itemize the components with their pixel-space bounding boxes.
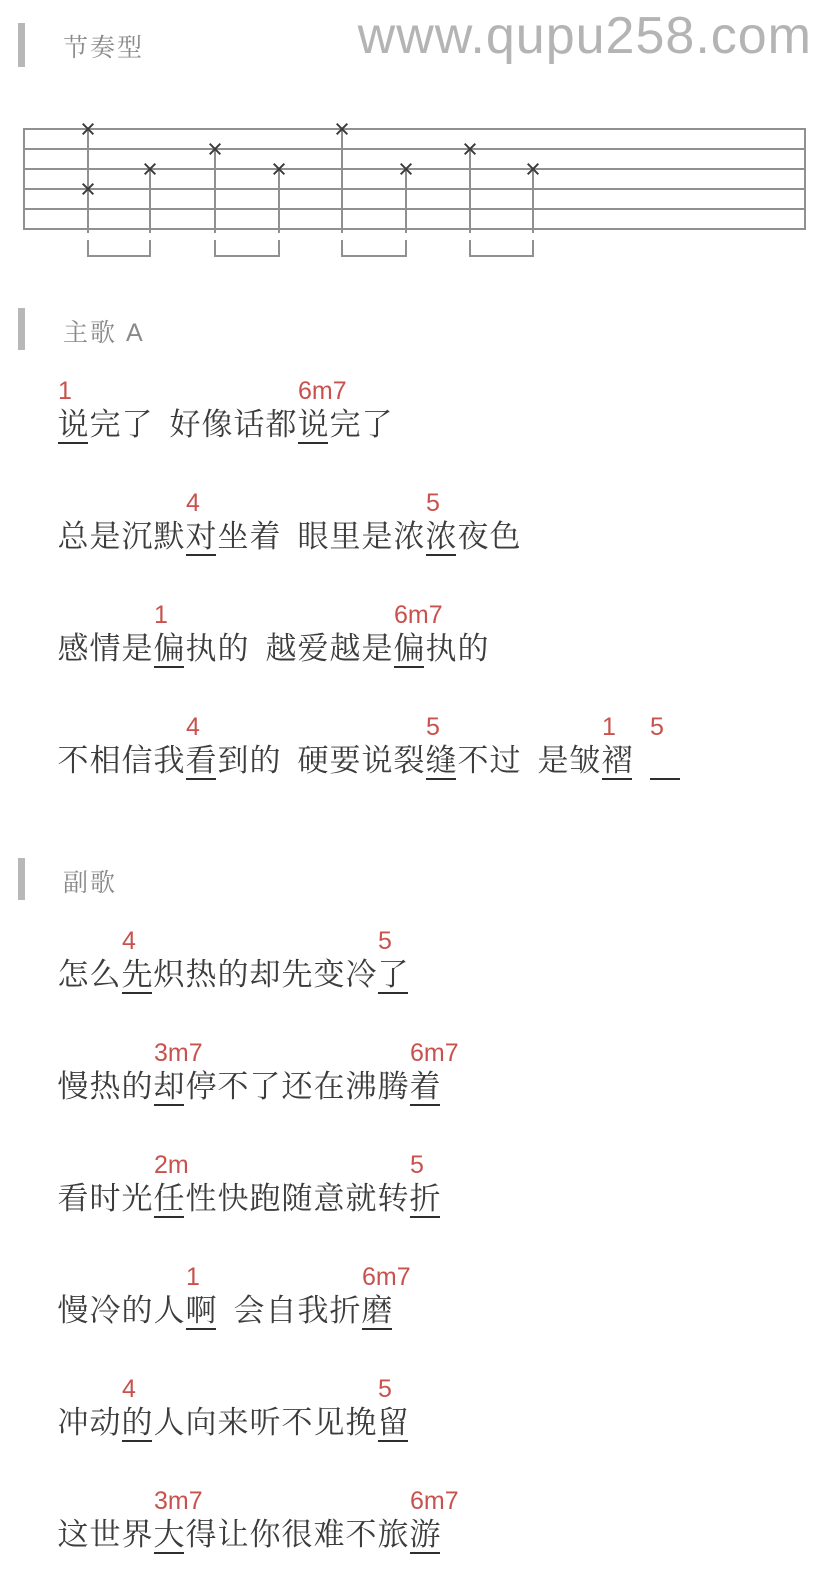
lyric-char: 界: [121, 1518, 153, 1552]
lyric-char: 旅: [377, 1518, 409, 1552]
lyric-char: 不: [217, 1070, 249, 1104]
muted-note-x-icon: ×: [204, 137, 226, 161]
lyric-char: 先: [281, 958, 313, 992]
lyric-char: 了: [361, 408, 393, 442]
chord-label: 6m7: [298, 378, 347, 404]
lyric-char: 是: [537, 744, 569, 778]
staff-border-line: [23, 128, 25, 230]
underline-mark: [394, 666, 424, 668]
staff-string-line: [23, 148, 806, 150]
rhythm-section-bar: [18, 23, 25, 67]
underline-mark: [186, 778, 216, 780]
underline-mark: [58, 442, 88, 444]
muted-note-x-icon: ×: [268, 157, 290, 181]
underline-mark: [122, 1440, 152, 1442]
lyric-char: 越: [265, 632, 297, 666]
lyric-char: 时: [89, 1182, 121, 1216]
chord-label: 5: [378, 928, 392, 954]
chord-label: 5: [426, 714, 440, 740]
staff-string-line: [23, 128, 806, 130]
lyric-char: 眼: [297, 520, 329, 554]
lyric-char: 听: [249, 1406, 281, 1440]
lyric-char: 热: [185, 958, 217, 992]
lyric-char: 人: [153, 1294, 185, 1328]
lyric-char: 很: [281, 1518, 313, 1552]
lyric-char: 缝: [425, 744, 457, 778]
lyric-char: 跑: [249, 1182, 281, 1216]
lyric-char: 性: [185, 1182, 217, 1216]
lyric-char: 像: [201, 408, 233, 442]
lyric-char: 硬: [297, 744, 329, 778]
underline-mark: [154, 1216, 184, 1218]
chord-label: 4: [122, 1376, 136, 1402]
lyric-char: 停: [185, 1070, 217, 1104]
lyric-char: 快: [217, 1182, 249, 1216]
lyric-char: 来: [217, 1406, 249, 1440]
rhythm-tab-staff: ×××××××××: [23, 128, 806, 230]
lyric-char: 世: [89, 1518, 121, 1552]
lyric-char: 大: [153, 1518, 185, 1552]
lyric-char: 到: [217, 744, 249, 778]
lyric-char: 还: [281, 1070, 313, 1104]
chord-label: 1: [154, 602, 168, 628]
lyric-char: 得: [185, 1518, 217, 1552]
lyric-char: 的: [121, 1070, 153, 1104]
eighth-note-beam-bracket: [341, 240, 407, 257]
lyric-char: 着: [409, 1070, 441, 1104]
lyric-char: 了: [121, 408, 153, 442]
lyric-char: 浓: [425, 520, 457, 554]
lyric-char: 不: [457, 744, 489, 778]
lyric-char: 是: [361, 520, 393, 554]
lyric-char: 磨: [361, 1294, 393, 1328]
chord-label: 2m: [154, 1152, 189, 1178]
lyric-char: 话: [233, 408, 265, 442]
chord-label: 3m7: [154, 1040, 203, 1066]
lyric-char: 的: [121, 1294, 153, 1328]
lyric-char: 对: [185, 520, 217, 554]
staff-string-line: [23, 208, 806, 210]
site-watermark: www.qupu258.com: [358, 6, 812, 66]
lyric-char: 不: [57, 744, 89, 778]
underline-mark: [426, 554, 456, 556]
rhythm-section-label: 节奏型: [63, 28, 144, 64]
lyric-char: 是: [121, 632, 153, 666]
lyric-char: 就: [345, 1182, 377, 1216]
lyric-char: 挽: [345, 1406, 377, 1440]
lyric-char: 过: [489, 744, 521, 778]
lyric-char: 冲: [57, 1406, 89, 1440]
verse-section-label: 主歌 A: [63, 313, 145, 349]
lyric-char: 这: [57, 1518, 89, 1552]
lyric-char: 的: [217, 632, 249, 666]
lyric-char: 感: [57, 632, 89, 666]
chord-label: 1: [186, 1264, 200, 1290]
chord-label: 6m7: [410, 1488, 459, 1514]
chord-label: 4: [186, 714, 200, 740]
lyric-char: 你: [249, 1518, 281, 1552]
chord-label: 5: [426, 490, 440, 516]
lyric-char: 说: [57, 408, 89, 442]
lyric-char: 坐: [217, 520, 249, 554]
underline-mark: [186, 554, 216, 556]
lyric-char: 变: [313, 958, 345, 992]
lyric-char: 看: [57, 1182, 89, 1216]
lyric-char: 自: [265, 1294, 297, 1328]
verse-section-bar: [18, 308, 25, 350]
lyric-char: 的: [217, 958, 249, 992]
lyric-char: 我: [297, 1294, 329, 1328]
lyric-char: 好: [169, 408, 201, 442]
lyric-char: 不: [345, 1518, 377, 1552]
eighth-note-beam-bracket: [87, 240, 151, 257]
underline-mark: [426, 778, 456, 780]
staff-string-line: [23, 228, 806, 230]
underline-mark: [410, 1104, 440, 1106]
muted-note-x-icon: ×: [395, 157, 417, 181]
lyric-char: 却: [249, 958, 281, 992]
chord-label: 5: [650, 714, 664, 740]
underline-mark: [410, 1552, 440, 1554]
lyric-char: 会: [233, 1294, 265, 1328]
lyric-char: 冷: [89, 1294, 121, 1328]
underline-mark: [378, 1440, 408, 1442]
lyric-char: 里: [329, 520, 361, 554]
lyric-char: 总: [57, 520, 89, 554]
muted-note-x-icon: ×: [77, 117, 99, 141]
lyric-char: 都: [265, 408, 297, 442]
lyric-char: 冷: [345, 958, 377, 992]
lyric-char: 爱: [297, 632, 329, 666]
lyric-char: 让: [217, 1518, 249, 1552]
lyric-char: 浓: [393, 520, 425, 554]
lyric-char: 说: [297, 408, 329, 442]
lyric-char: 完: [89, 408, 121, 442]
underline-mark: [154, 1104, 184, 1106]
lyric-char: 热: [89, 1070, 121, 1104]
lyric-char: 意: [313, 1182, 345, 1216]
lyric-char: 么: [89, 958, 121, 992]
lyric-char: 向: [185, 1406, 217, 1440]
eighth-note-beam-bracket: [469, 240, 534, 257]
lyric-char: 啊: [185, 1294, 217, 1328]
lyric-char: 沸: [345, 1070, 377, 1104]
lyric-char: 夜: [457, 520, 489, 554]
muted-note-x-icon: ×: [139, 157, 161, 181]
lyric-char: 是: [89, 520, 121, 554]
underline-mark: [122, 992, 152, 994]
lyric-char: 炽: [153, 958, 185, 992]
lyric-char: 任: [153, 1182, 185, 1216]
chord-label: 1: [58, 378, 72, 404]
muted-note-x-icon: ×: [459, 137, 481, 161]
lyric-char: 情: [89, 632, 121, 666]
lyric-char: 我: [153, 744, 185, 778]
lyric-char: 的: [457, 632, 489, 666]
lyric-char: 却: [153, 1070, 185, 1104]
lyric-char: 相: [89, 744, 121, 778]
underline-mark: [362, 1328, 392, 1330]
lyric-char: 执: [185, 632, 217, 666]
lyric-char: 慢: [57, 1294, 89, 1328]
chorus-section-label: 副歌: [63, 863, 117, 899]
lyric-char: 是: [361, 632, 393, 666]
staff-string-line: [23, 188, 806, 190]
chord-label: 3m7: [154, 1488, 203, 1514]
lyric-char: 的: [121, 1406, 153, 1440]
lyric-char: 偏: [153, 632, 185, 666]
lyric-char: 了: [249, 1070, 281, 1104]
underline-mark: [154, 1552, 184, 1554]
lyric-char: 着: [249, 520, 281, 554]
lyric-char: 不: [281, 1406, 313, 1440]
lyric-char: 皱: [569, 744, 601, 778]
lyric-char: 人: [153, 1406, 185, 1440]
lyric-char: 色: [489, 520, 521, 554]
underline-mark: [650, 778, 680, 780]
lyric-char: 看: [185, 744, 217, 778]
chord-label: 6m7: [394, 602, 443, 628]
staff-border-line: [804, 128, 806, 230]
chord-label: 5: [410, 1152, 424, 1178]
lyric-char: 折: [329, 1294, 361, 1328]
chord-label: 1: [602, 714, 616, 740]
chord-label: 5: [378, 1376, 392, 1402]
lyric-char: 留: [377, 1406, 409, 1440]
lyric-char: 怎: [57, 958, 89, 992]
lyric-char: 随: [281, 1182, 313, 1216]
lyric-char: 见: [313, 1406, 345, 1440]
underline-mark: [378, 992, 408, 994]
note-stem: [341, 129, 343, 233]
lyric-char: 光: [121, 1182, 153, 1216]
chorus-section-bar: [18, 858, 25, 900]
lyric-char: 越: [329, 632, 361, 666]
muted-note-x-icon: ×: [522, 157, 544, 181]
chord-label: 4: [186, 490, 200, 516]
underline-mark: [410, 1216, 440, 1218]
lyric-char: 折: [409, 1182, 441, 1216]
lyric-char: 转: [377, 1182, 409, 1216]
lyric-char: 信: [121, 744, 153, 778]
lyric-char: 腾: [377, 1070, 409, 1104]
lyric-char: 执: [425, 632, 457, 666]
underline-mark: [298, 442, 328, 444]
lyric-char: 慢: [57, 1070, 89, 1104]
underline-mark: [602, 778, 632, 780]
lyric-char: 了: [377, 958, 409, 992]
eighth-note-beam-bracket: [214, 240, 280, 257]
lyric-char: 偏: [393, 632, 425, 666]
lyric-char: 沉: [121, 520, 153, 554]
lyric-char: 褶: [601, 744, 633, 778]
chord-label: 6m7: [362, 1264, 411, 1290]
lyric-char: 难: [313, 1518, 345, 1552]
chord-label: 6m7: [410, 1040, 459, 1066]
underline-mark: [186, 1328, 216, 1330]
muted-note-x-icon: ×: [331, 117, 353, 141]
lyric-char: 动: [89, 1406, 121, 1440]
chord-sheet-page: 节奏型 www.qupu258.com ××××××××× 主歌 A 说1完了好…: [0, 0, 828, 1574]
lyric-char: 在: [313, 1070, 345, 1104]
lyric-char: 裂: [393, 744, 425, 778]
lyric-char: 的: [249, 744, 281, 778]
lyric-char: 要: [329, 744, 361, 778]
lyric-char: 完: [329, 408, 361, 442]
underline-mark: [154, 666, 184, 668]
lyric-char: 说: [361, 744, 393, 778]
muted-note-x-icon: ×: [77, 177, 99, 201]
lyric-char: 游: [409, 1518, 441, 1552]
chord-label: 4: [122, 928, 136, 954]
lyric-char: 先: [121, 958, 153, 992]
lyric-char: 默: [153, 520, 185, 554]
